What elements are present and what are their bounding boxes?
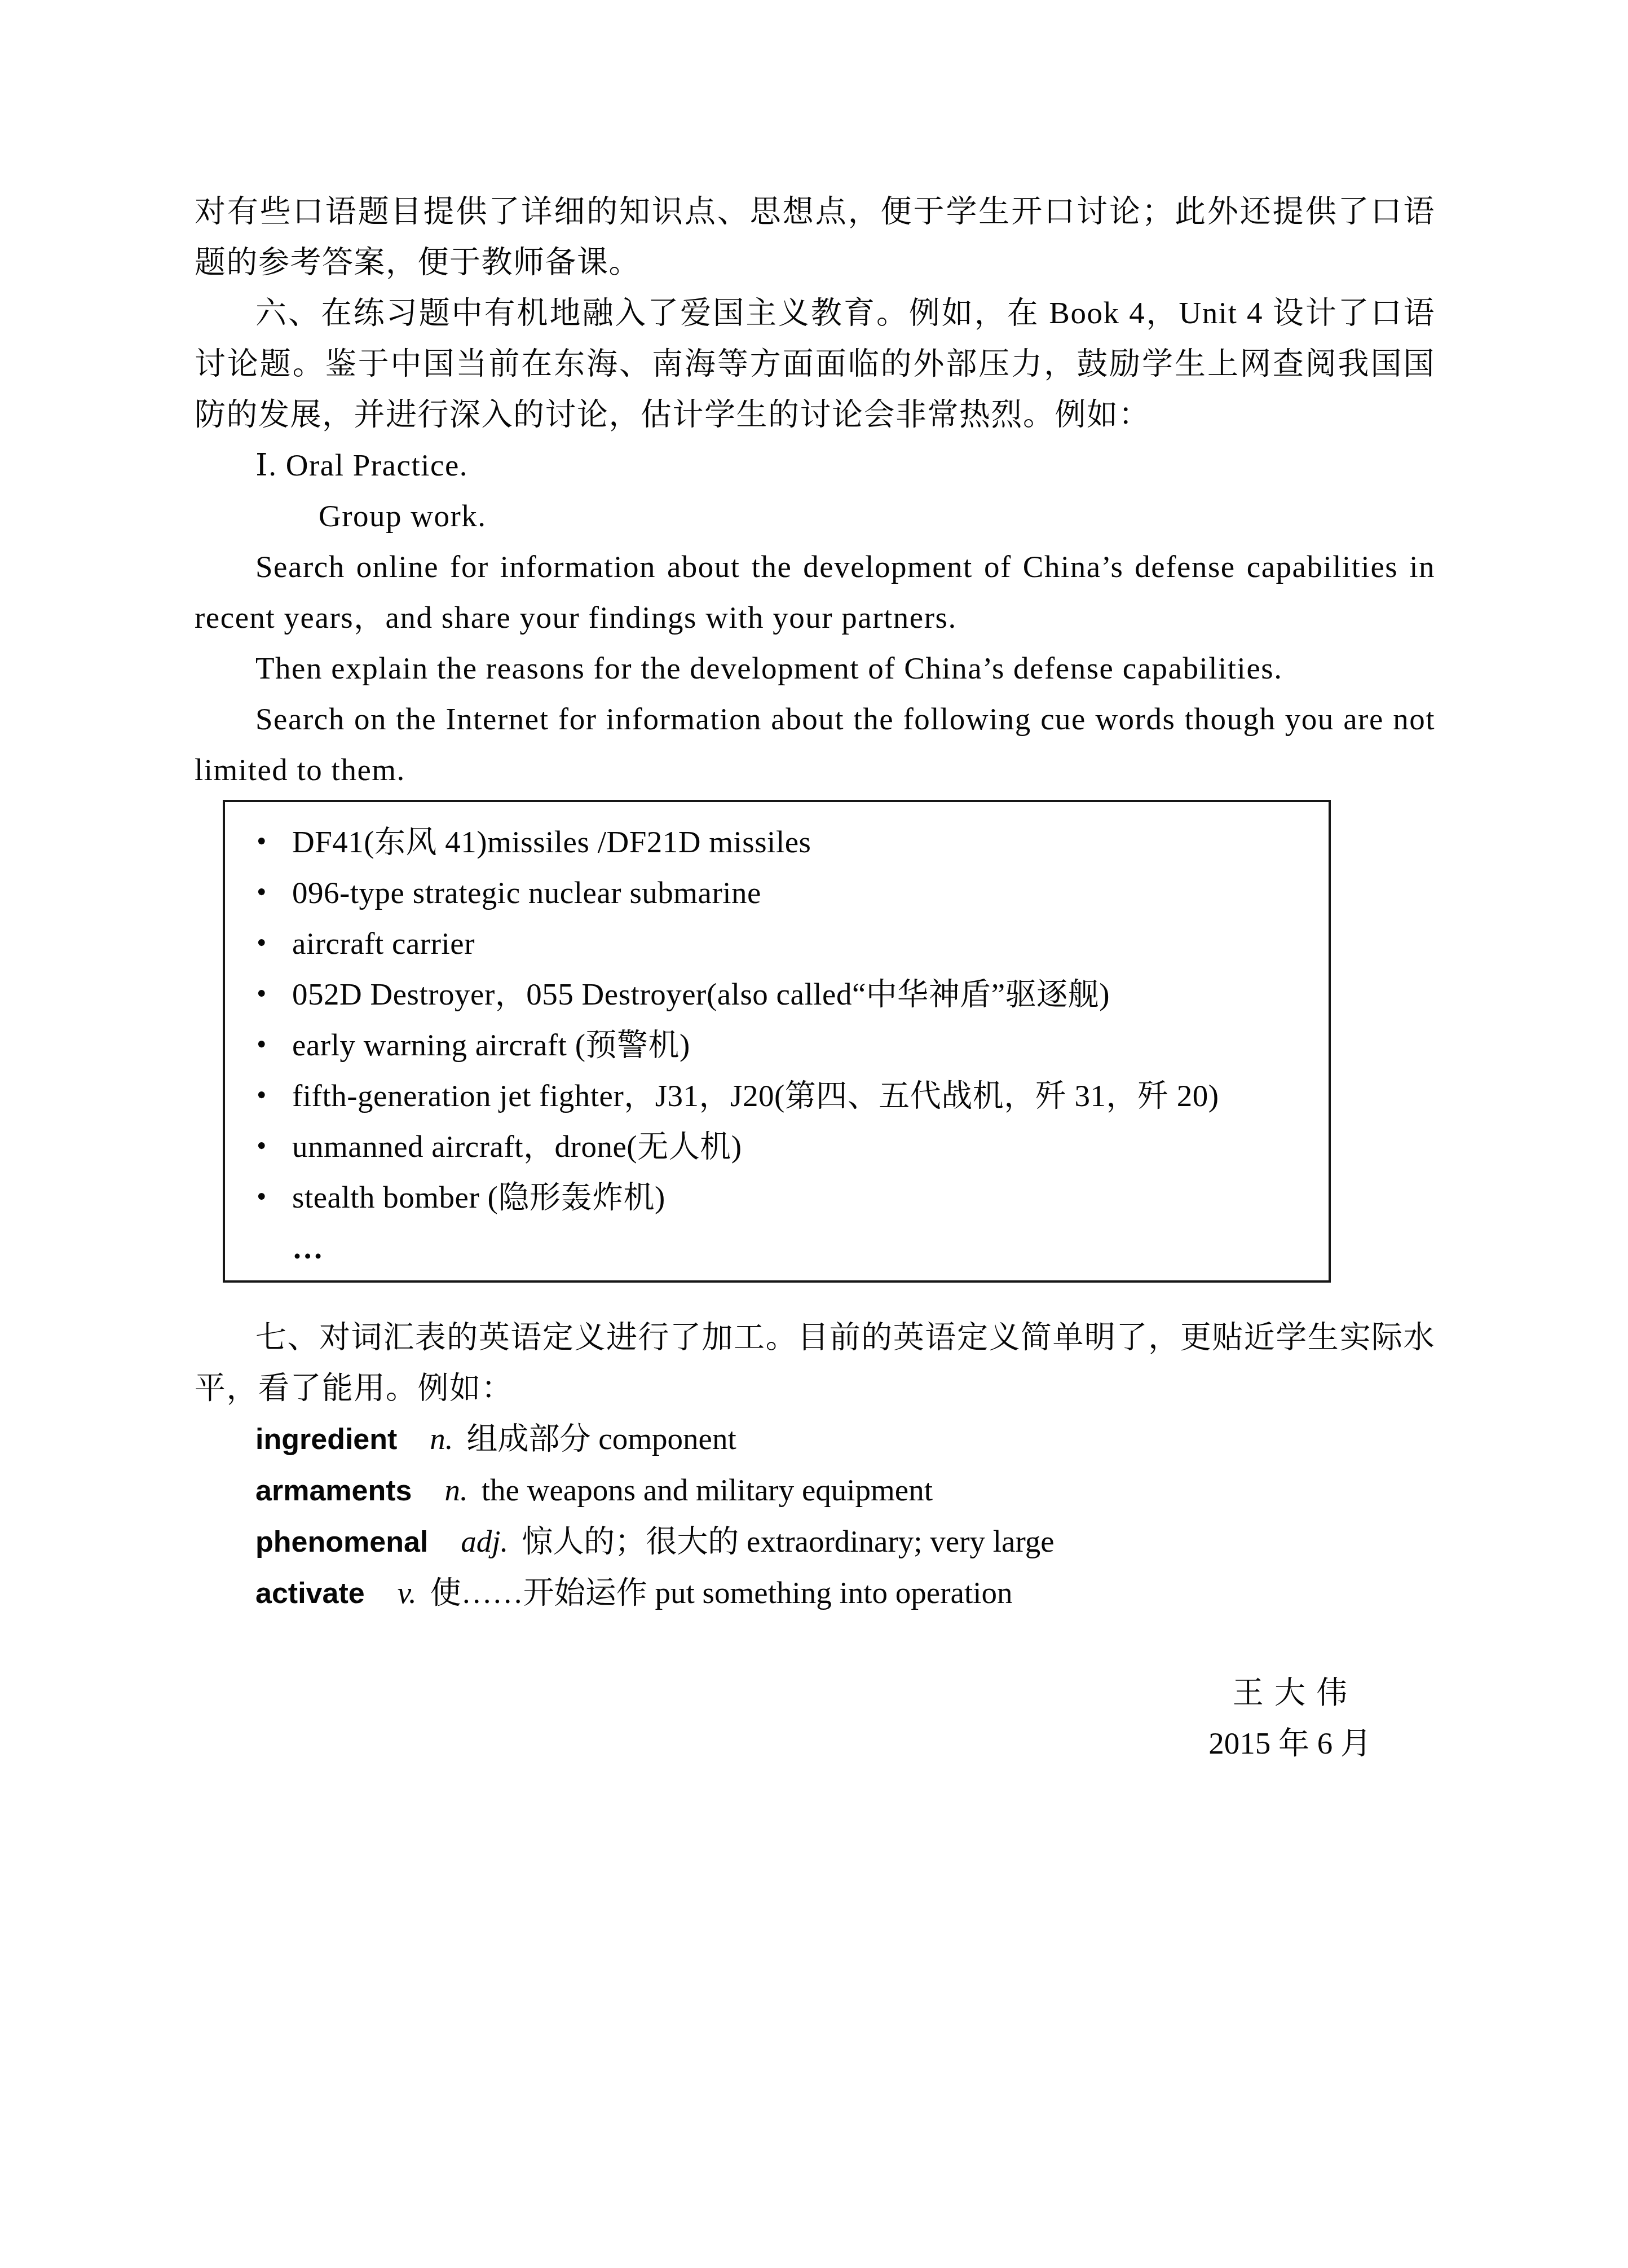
vocab-pos: n. <box>444 1473 467 1507</box>
paragraph-continuation: 对有些口语题目提供了详细的知识点、思想点，便于学生开口讨论；此外还提供了口语题的… <box>195 186 1435 288</box>
vocab-definition: the weapons and military equipment <box>482 1473 933 1507</box>
bullet-icon: • <box>257 1069 267 1120</box>
ellipsis-text: … <box>292 1231 325 1265</box>
cue-item-text: early warning aircraft (预警机) <box>292 1028 690 1062</box>
bullet-icon: • <box>257 866 267 917</box>
bullet-icon: • <box>257 816 267 866</box>
paragraph-then-explain: Then explain the reasons for the develop… <box>195 643 1435 694</box>
cue-item: • stealth bomber (隐形轰炸机) <box>225 1172 1312 1223</box>
cue-item-text: 052D Destroyer，055 Destroyer(also called… <box>292 977 1110 1011</box>
cue-item: • early warning aircraft (预警机) <box>225 1020 1312 1071</box>
vocab-entry: ingredientn.组成部分 component <box>195 1413 1435 1465</box>
vocab-definition: 使……开始运作 put something into operation <box>430 1575 1013 1610</box>
cue-item: • unmanned aircraft，drone(无人机) <box>225 1121 1312 1172</box>
cue-item-text: fifth-generation jet fighter，J31，J20(第四、… <box>292 1078 1219 1113</box>
cue-item-text: unmanned aircraft，drone(无人机) <box>292 1129 742 1164</box>
paragraph-seven: 七、对词汇表的英语定义进行了加工。目前的英语定义简单明了，更贴近学生实际水平，看… <box>195 1312 1435 1413</box>
vocab-word: armaments <box>255 1474 412 1507</box>
vocab-entry: phenomenaladj.惊人的；很大的 extraordinary; ver… <box>195 1516 1435 1567</box>
cue-item: • 096-type strategic nuclear submarine <box>225 867 1312 918</box>
cue-item: • fifth-generation jet fighter，J31，J20(第… <box>225 1071 1312 1121</box>
document-page: 对有些口语题目提供了详细的知识点、思想点，便于学生开口讨论；此外还提供了口语题的… <box>0 0 1628 2268</box>
group-work-line: Group work. <box>195 491 1435 541</box>
author-name: 王大伟 <box>1208 1667 1371 1718</box>
paragraph-six: 六、在练习题中有机地融入了爱国主义教育。例如，在 Book 4，Unit 4 设… <box>195 288 1435 440</box>
vocab-pos: v. <box>398 1575 417 1610</box>
bullet-icon: • <box>257 968 267 1019</box>
vocab-entry: activatev.使……开始运作 put something into ope… <box>195 1567 1435 1619</box>
vocab-pos: n. <box>430 1421 453 1456</box>
vocab-word: ingredient <box>255 1423 397 1456</box>
paragraph-search-online: Search online for information about the … <box>195 541 1435 643</box>
signature-date: 2015 年 6 月 <box>1208 1718 1371 1769</box>
vocab-pos: adj. <box>461 1524 508 1558</box>
oral-practice-heading: Ⅰ. Oral Practice. <box>195 440 1435 491</box>
vocab-entry: armamentsn.the weapons and military equi… <box>195 1465 1435 1516</box>
vocab-word: activate <box>255 1577 365 1610</box>
bullet-icon: • <box>257 1120 267 1171</box>
cue-item-text: DF41(东风 41)missiles /DF21D missiles <box>292 825 811 859</box>
cue-item-text: 096-type strategic nuclear submarine <box>292 875 761 910</box>
bullet-icon: • <box>257 1171 267 1222</box>
cue-item: • aircraft carrier <box>225 918 1312 969</box>
cue-words-box: • DF41(东风 41)missiles /DF21D missiles • … <box>223 800 1331 1283</box>
signature-block: 王大伟 2015 年 6 月 <box>1208 1667 1371 1769</box>
cue-item-text: stealth bomber (隐形轰炸机) <box>292 1180 665 1214</box>
cue-item: • 052D Destroyer，055 Destroyer(also call… <box>225 969 1312 1020</box>
vocab-definition: 组成部分 component <box>467 1421 736 1456</box>
paragraph-search-internet: Search on the Internet for information a… <box>195 694 1435 795</box>
cue-item-text: aircraft carrier <box>292 926 475 961</box>
bullet-icon: • <box>257 1019 267 1069</box>
cue-item: • DF41(东风 41)missiles /DF21D missiles <box>225 817 1312 867</box>
vocab-word: phenomenal <box>255 1526 428 1558</box>
bullet-icon: • <box>257 917 267 968</box>
cue-ellipsis: … <box>225 1223 1312 1274</box>
vocab-list: ingredientn.组成部分 component armamentsn.th… <box>195 1413 1435 1619</box>
vocab-definition: 惊人的；很大的 extraordinary; very large <box>522 1524 1054 1558</box>
